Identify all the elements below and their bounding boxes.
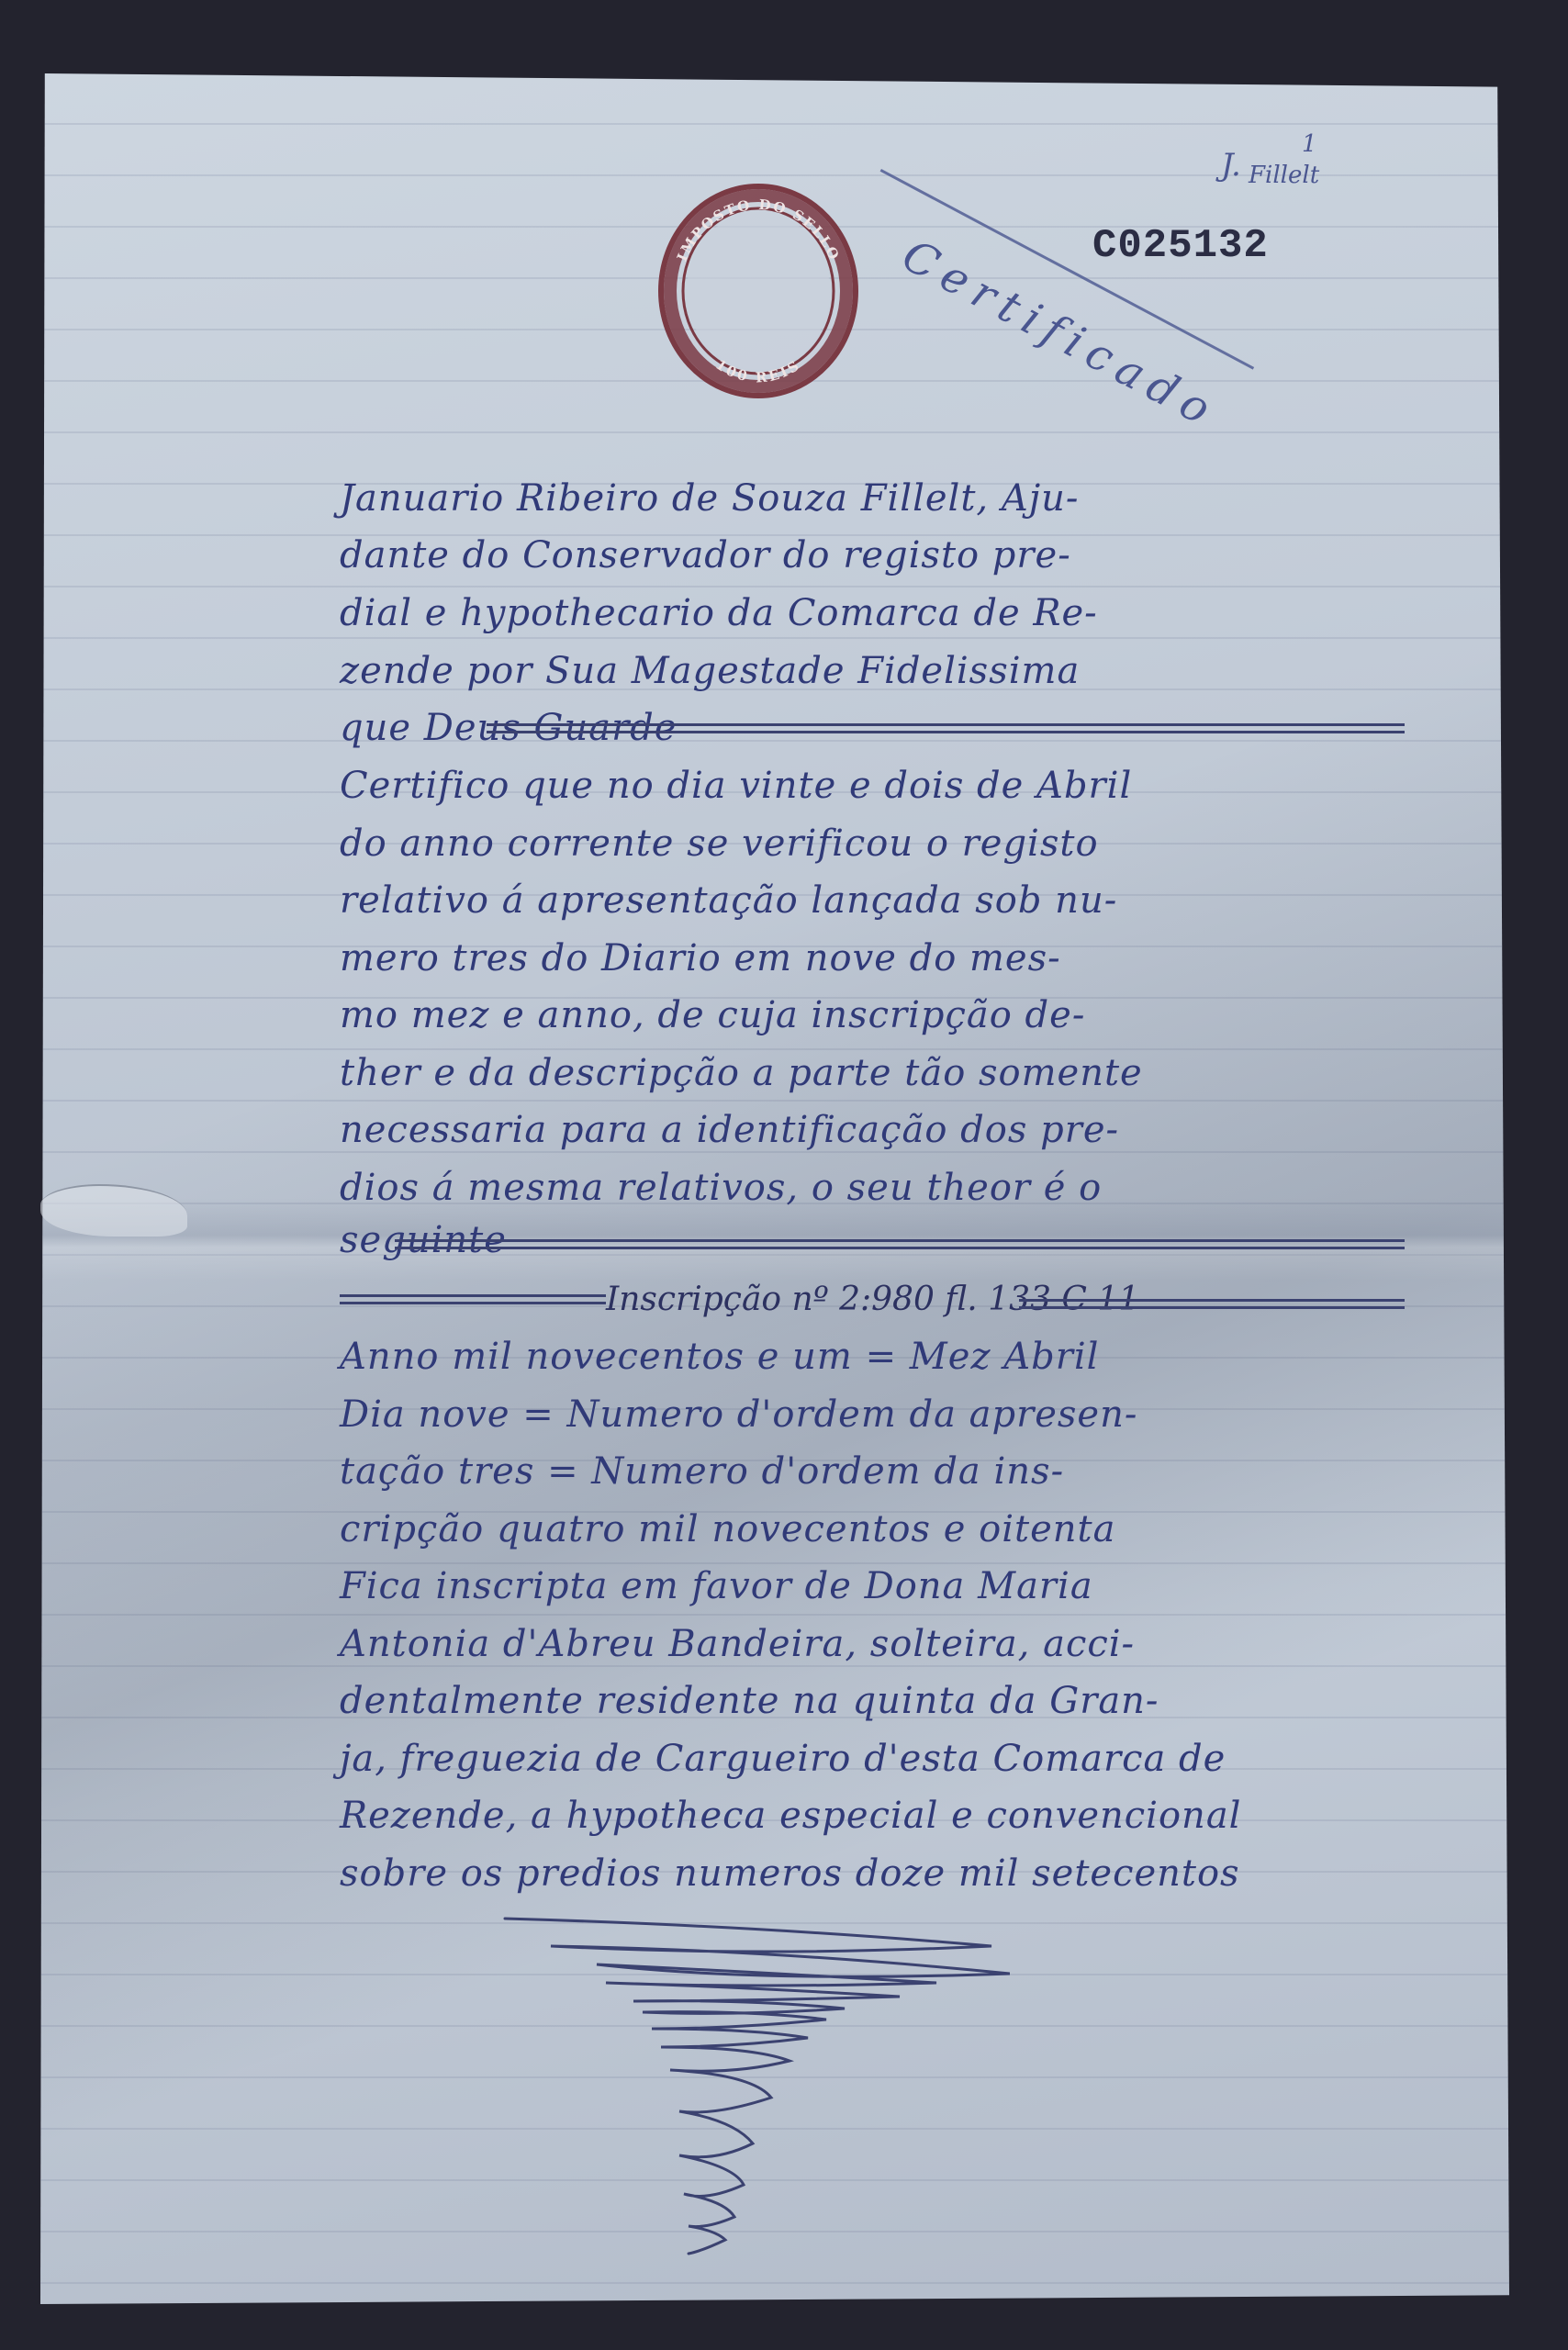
body-line: dios á mesma relativos, o seu theor é o — [340, 1167, 1414, 1209]
inscription-line: Antonia d'Abreu Bandeira, solteira, acci… — [340, 1623, 1414, 1665]
inscription-line: Rezende, a hypotheca especial e convenci… — [340, 1795, 1414, 1837]
inscription-line: Dia nove = Numero d'ordem da apresen- — [340, 1393, 1414, 1436]
margin-signature: 1 J. Fillelt — [1221, 147, 1241, 184]
body-line: Januario Ribeiro de Souza Fillelt, Aju- — [340, 477, 1414, 520]
inscription-line: dentalmente residente na quinta da Gran- — [340, 1680, 1414, 1722]
body-line: zende por Sua Magestade Fidelissima — [340, 650, 1414, 692]
signature-name: Fillelt — [1249, 162, 1319, 189]
inscription-line: Fica inscripta em favor de Dona Maria — [340, 1565, 1414, 1607]
inscription-line: ja, freguezia de Cargueiro d'esta Comarc… — [340, 1738, 1414, 1780]
signature-superscript: 1 — [1302, 130, 1317, 158]
body-line: relativo á apresentação lançada sob nu- — [340, 879, 1414, 922]
signature-initial: J. — [1221, 147, 1241, 184]
body-line: necessaria para a identificação dos pre- — [340, 1109, 1414, 1151]
inscription-line: Anno mil novecentos e um = Mez Abril — [340, 1336, 1414, 1378]
body-line: Certifico que no dia vinte e dois de Abr… — [340, 765, 1414, 807]
inscription-line: sobre os predios numeros doze mil setece… — [340, 1852, 1414, 1895]
serial-number: C025132 — [1092, 223, 1269, 269]
body-line: mero tres do Diario em nove do mes- — [340, 937, 1414, 979]
body-line: ther e da descripção a parte tão somente — [340, 1052, 1414, 1094]
heading-rule-right — [1019, 1299, 1405, 1309]
line-filler-rule — [487, 723, 1405, 733]
body-line: do anno corrente se verificou o registo — [340, 822, 1414, 865]
heading-rule-left — [340, 1294, 606, 1304]
tax-stamp-icon: IMPOSTO DO SELLO 100 REIS — [652, 181, 865, 401]
closing-scribble-icon — [459, 1909, 1010, 2258]
body-line: dial e hypothecario da Comarca de Re- — [340, 592, 1414, 634]
line-filler-rule — [395, 1239, 1405, 1249]
inscription-line: cripção quatro mil novecentos e oitenta — [340, 1508, 1414, 1550]
body-line: dante do Conservador do registo pre- — [340, 534, 1414, 576]
body-line: mo mez e anno, de cuja inscripção de- — [340, 994, 1414, 1036]
inscription-line: tação tres = Numero d'ordem da ins- — [340, 1450, 1414, 1493]
